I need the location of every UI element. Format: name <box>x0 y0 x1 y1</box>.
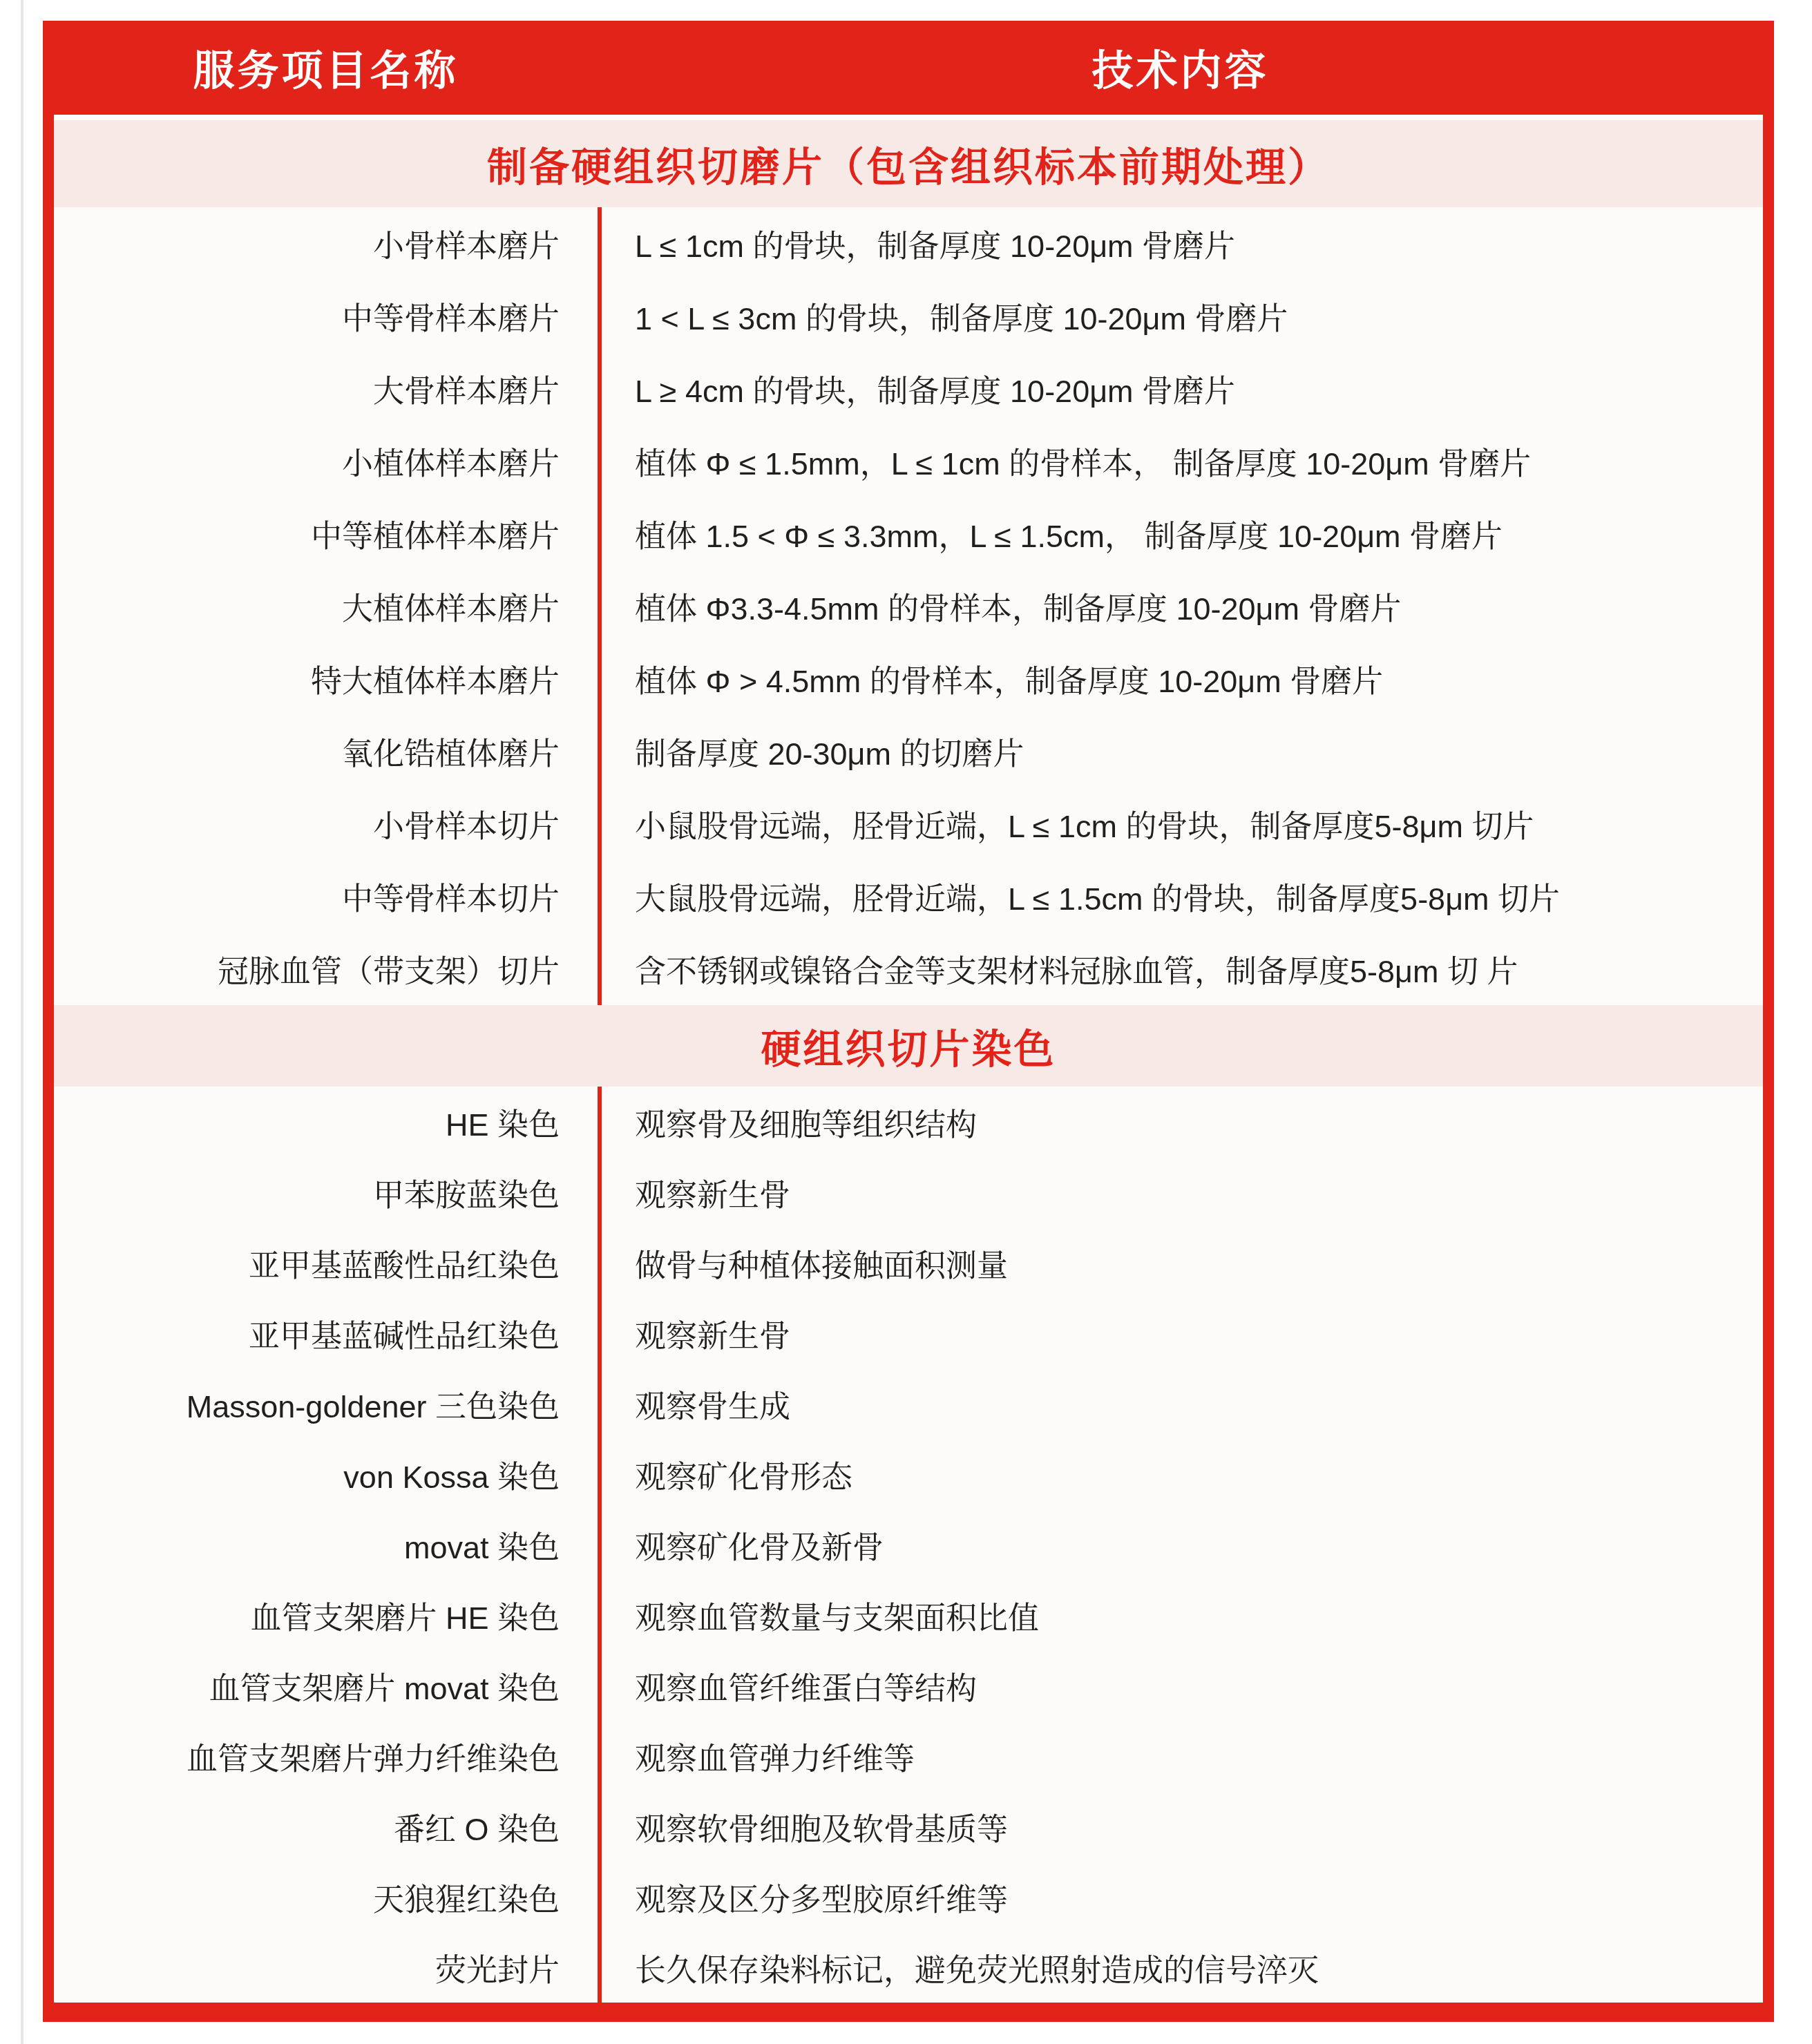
table-row: 中等骨样本切片 大鼠股骨远端，胫骨近端，L ≤ 1.5cm 的骨块，制备厚度5-… <box>54 860 1763 933</box>
service-name-cell: 大骨样本磨片 <box>54 352 598 425</box>
service-name-cell: movat 染色 <box>54 1509 598 1580</box>
table-row: 亚甲基蓝酸性品红染色 做骨与种植体接触面积测量 <box>54 1228 1763 1298</box>
table-header: 服务项目名称 技术内容 <box>54 21 1763 115</box>
service-name-cell: 氧化锆植体磨片 <box>54 715 598 787</box>
service-name-cell: 血管支架磨片 HE 染色 <box>54 1580 598 1650</box>
table-row: 荧光封片 长久保存染料标记，避免荧光照射造成的信号淬灭 <box>54 1932 1763 2003</box>
section-rows: 小骨样本磨片 L ≤ 1cm 的骨块，制备厚度 10-20μm 骨磨片 中等骨样… <box>54 207 1763 1005</box>
table-row: 中等植体样本磨片 植体 1.5 < Φ ≤ 3.3mm，L ≤ 1.5cm， 制… <box>54 497 1763 570</box>
table-row: von Kossa 染色 观察矿化骨形态 <box>54 1439 1763 1509</box>
technical-content-cell: 观察矿化骨形态 <box>598 1439 1763 1509</box>
service-name-cell: 中等植体样本磨片 <box>54 497 598 570</box>
section-title: 硬组织切片染色 <box>54 1005 1763 1087</box>
service-name-cell: 血管支架磨片 movat 染色 <box>54 1650 598 1721</box>
service-table-page: 服务项目名称 技术内容 制备硬组织切磨片（包含组织标本前期处理） 小骨样本磨片 … <box>0 0 1812 2044</box>
service-name-cell: 特大植体样本磨片 <box>54 642 598 715</box>
table-row: Masson-goldener 三色染色 观察骨生成 <box>54 1368 1763 1439</box>
service-name-cell: 亚甲基蓝酸性品红染色 <box>54 1228 598 1298</box>
table-row: 特大植体样本磨片 植体 Φ > 4.5mm 的骨样本，制备厚度 10-20μm … <box>54 642 1763 715</box>
column-header-service-name: 服务项目名称 <box>54 21 598 115</box>
service-name-cell: Masson-goldener 三色染色 <box>54 1368 598 1439</box>
technical-content-cell: 植体 Φ3.3-4.5mm 的骨样本，制备厚度 10-20μm 骨磨片 <box>598 570 1763 642</box>
section-rows: HE 染色 观察骨及细胞等组织结构 甲苯胺蓝染色 观察新生骨 亚甲基蓝酸性品红染… <box>54 1087 1763 2003</box>
service-name-cell: 小植体样本磨片 <box>54 425 598 497</box>
page-edge-line <box>21 0 23 2044</box>
technical-content-cell: 观察血管纤维蛋白等结构 <box>598 1650 1763 1721</box>
column-header-technical-content: 技术内容 <box>598 21 1763 115</box>
service-name-cell: 中等骨样本切片 <box>54 860 598 933</box>
service-name-cell: HE 染色 <box>54 1087 598 1157</box>
technical-content-cell: 植体 Φ ≤ 1.5mm，L ≤ 1cm 的骨样本， 制备厚度 10-20μm … <box>598 425 1763 497</box>
table-row: 天狼猩红染色 观察及区分多型胶原纤维等 <box>54 1862 1763 1932</box>
table-row: 番红 O 染色 观察软骨细胞及软骨基质等 <box>54 1791 1763 1862</box>
technical-content-cell: 观察软骨细胞及软骨基质等 <box>598 1791 1763 1862</box>
table-row: 中等骨样本磨片 1 < L ≤ 3cm 的骨块，制备厚度 10-20μm 骨磨片 <box>54 280 1763 352</box>
table-section: 制备硬组织切磨片（包含组织标本前期处理） 小骨样本磨片 L ≤ 1cm 的骨块，… <box>54 120 1763 1005</box>
table-row: 血管支架磨片 HE 染色 观察血管数量与支架面积比值 <box>54 1580 1763 1650</box>
service-name-cell: 小骨样本切片 <box>54 787 598 860</box>
table-row: HE 染色 观察骨及细胞等组织结构 <box>54 1087 1763 1157</box>
technical-content-cell: 小鼠股骨远端，胫骨近端，L ≤ 1cm 的骨块，制备厚度5-8μm 切片 <box>598 787 1763 860</box>
service-name-cell: von Kossa 染色 <box>54 1439 598 1509</box>
service-name-cell: 大植体样本磨片 <box>54 570 598 642</box>
table-section: 硬组织切片染色 HE 染色 观察骨及细胞等组织结构 甲苯胺蓝染色 观察新生骨 亚… <box>54 1005 1763 2003</box>
technical-content-cell: 植体 1.5 < Φ ≤ 3.3mm，L ≤ 1.5cm， 制备厚度 10-20… <box>598 497 1763 570</box>
service-name-cell: 甲苯胺蓝染色 <box>54 1157 598 1228</box>
technical-content-cell: 观察骨及细胞等组织结构 <box>598 1087 1763 1157</box>
table-row: movat 染色 观察矿化骨及新骨 <box>54 1509 1763 1580</box>
table-row: 冠脉血管（带支架）切片 含不锈钢或镍铬合金等支架材料冠脉血管，制备厚度5-8μm… <box>54 933 1763 1005</box>
technical-content-cell: 观察及区分多型胶原纤维等 <box>598 1862 1763 1932</box>
table-row: 小骨样本切片 小鼠股骨远端，胫骨近端，L ≤ 1cm 的骨块，制备厚度5-8μm… <box>54 787 1763 860</box>
service-name-cell: 亚甲基蓝碱性品红染色 <box>54 1298 598 1368</box>
table-row: 小骨样本磨片 L ≤ 1cm 的骨块，制备厚度 10-20μm 骨磨片 <box>54 207 1763 280</box>
technical-content-cell: 制备厚度 20-30μm 的切磨片 <box>598 715 1763 787</box>
technical-content-cell: 大鼠股骨远端，胫骨近端，L ≤ 1.5cm 的骨块，制备厚度5-8μm 切片 <box>598 860 1763 933</box>
table-row: 氧化锆植体磨片 制备厚度 20-30μm 的切磨片 <box>54 715 1763 787</box>
technical-content-cell: 含不锈钢或镍铬合金等支架材料冠脉血管，制备厚度5-8μm 切 片 <box>598 933 1763 1005</box>
technical-content-cell: L ≤ 1cm 的骨块，制备厚度 10-20μm 骨磨片 <box>598 207 1763 280</box>
service-name-cell: 小骨样本磨片 <box>54 207 598 280</box>
section-title: 制备硬组织切磨片（包含组织标本前期处理） <box>54 120 1763 207</box>
technical-content-cell: 观察血管数量与支架面积比值 <box>598 1580 1763 1650</box>
table-row: 甲苯胺蓝染色 观察新生骨 <box>54 1157 1763 1228</box>
service-name-cell: 荧光封片 <box>54 1932 598 2003</box>
table-row: 血管支架磨片 movat 染色 观察血管纤维蛋白等结构 <box>54 1650 1763 1721</box>
technical-content-cell: 观察新生骨 <box>598 1157 1763 1228</box>
technical-content-cell: 做骨与种植体接触面积测量 <box>598 1228 1763 1298</box>
technical-content-cell: 观察矿化骨及新骨 <box>598 1509 1763 1580</box>
service-name-cell: 番红 O 染色 <box>54 1791 598 1862</box>
service-name-cell: 血管支架磨片弹力纤维染色 <box>54 1721 598 1791</box>
technical-content-cell: 1 < L ≤ 3cm 的骨块，制备厚度 10-20μm 骨磨片 <box>598 280 1763 352</box>
header-divider-gap <box>54 115 1763 120</box>
service-name-cell: 中等骨样本磨片 <box>54 280 598 352</box>
service-name-cell: 冠脉血管（带支架）切片 <box>54 933 598 1005</box>
technical-content-cell: 观察新生骨 <box>598 1298 1763 1368</box>
technical-content-cell: 观察血管弹力纤维等 <box>598 1721 1763 1791</box>
table-body: 制备硬组织切磨片（包含组织标本前期处理） 小骨样本磨片 L ≤ 1cm 的骨块，… <box>54 120 1763 2003</box>
technical-content-cell: 长久保存染料标记，避免荧光照射造成的信号淬灭 <box>598 1932 1763 2003</box>
table-row: 亚甲基蓝碱性品红染色 观察新生骨 <box>54 1298 1763 1368</box>
service-name-cell: 天狼猩红染色 <box>54 1862 598 1932</box>
table-row: 大植体样本磨片 植体 Φ3.3-4.5mm 的骨样本，制备厚度 10-20μm … <box>54 570 1763 642</box>
technical-content-cell: L ≥ 4cm 的骨块，制备厚度 10-20μm 骨磨片 <box>598 352 1763 425</box>
technical-content-cell: 观察骨生成 <box>598 1368 1763 1439</box>
table-row: 血管支架磨片弹力纤维染色 观察血管弹力纤维等 <box>54 1721 1763 1791</box>
table-row: 小植体样本磨片 植体 Φ ≤ 1.5mm，L ≤ 1cm 的骨样本， 制备厚度 … <box>54 425 1763 497</box>
technical-content-cell: 植体 Φ > 4.5mm 的骨样本，制备厚度 10-20μm 骨磨片 <box>598 642 1763 715</box>
table-row: 大骨样本磨片 L ≥ 4cm 的骨块，制备厚度 10-20μm 骨磨片 <box>54 352 1763 425</box>
service-table: 服务项目名称 技术内容 制备硬组织切磨片（包含组织标本前期处理） 小骨样本磨片 … <box>43 21 1774 2022</box>
